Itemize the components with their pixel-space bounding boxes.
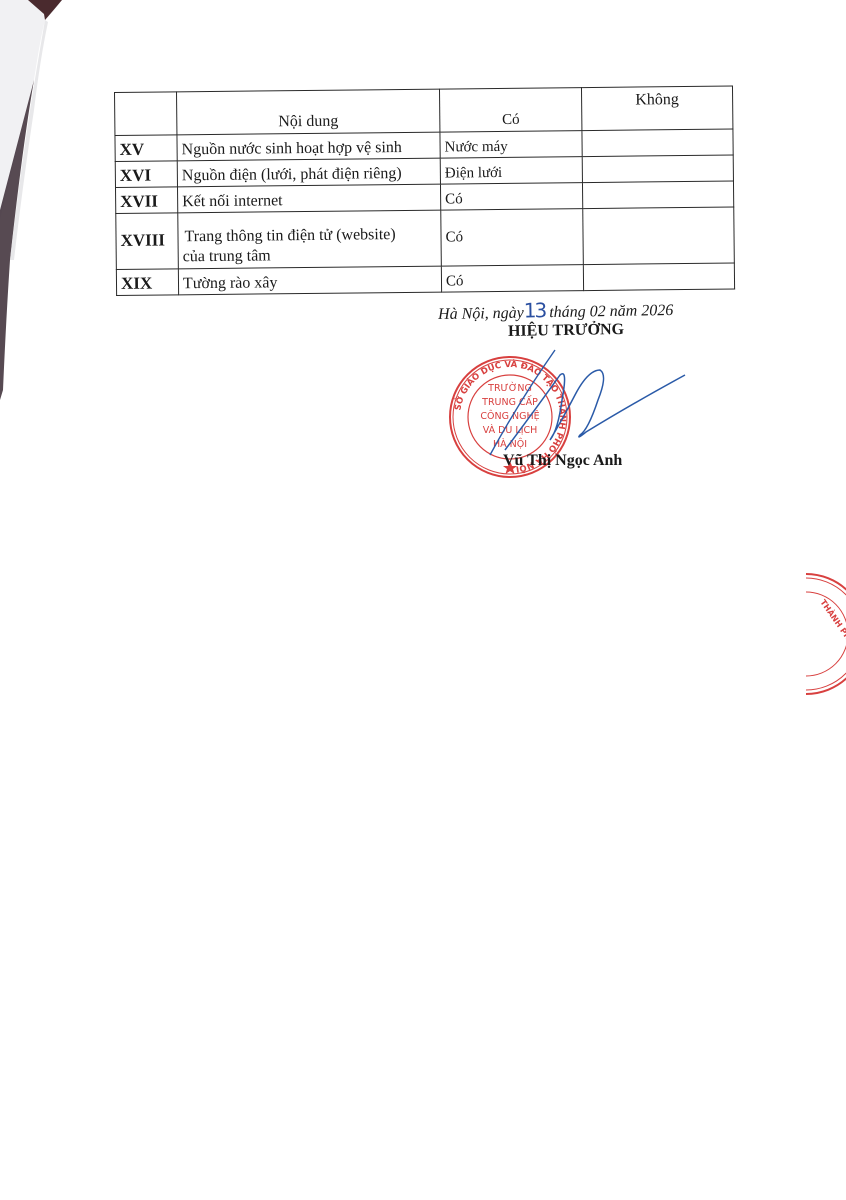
date-suffix: tháng 02 năm 2026 <box>549 302 673 321</box>
row-number: XIX <box>116 269 178 296</box>
row-content-line2: của trung tâm <box>183 245 437 268</box>
row-no <box>583 207 735 265</box>
date-line: Hà Nội, ngày13 tháng 02 năm 2026 <box>438 296 674 324</box>
header-number <box>115 92 177 136</box>
date-prefix: Hà Nội, ngày <box>438 305 524 323</box>
row-content: Nguồn điện (lưới, phát điện riêng) <box>177 158 440 187</box>
row-number: XVIII <box>116 213 179 270</box>
header-yes: Có <box>439 88 581 132</box>
table-row: XVIII Trang thông tin điện tử (website) … <box>116 207 735 269</box>
row-content: Tường rào xây <box>178 266 441 295</box>
row-content: Kết nối internet <box>177 184 440 213</box>
signer-name: Vũ Thị Ngọc Anh <box>503 452 622 470</box>
row-number: XVII <box>116 187 178 214</box>
row-yes: Có <box>440 183 582 210</box>
row-no <box>582 181 733 209</box>
row-no <box>582 155 733 183</box>
facilities-table: Nội dung Có Không XV Nguồn nước sinh hoạ… <box>114 86 735 296</box>
row-content: Trang thông tin điện tử (website) của tr… <box>178 210 442 269</box>
row-no <box>583 263 734 291</box>
signer-title: HIỆU TRƯỞNG <box>508 321 624 341</box>
svg-text:VÀ DU LỊCH: VÀ DU LỊCH <box>483 424 538 436</box>
row-no <box>582 129 733 157</box>
row-yes: Có <box>441 209 584 266</box>
svg-text:THÀNH PHỐ HÀ: THÀNH PHỐ HÀ <box>818 596 846 661</box>
scanner-edge-shadow <box>0 0 130 420</box>
header-no: Không <box>581 86 732 131</box>
svg-text:HÀ NỘI: HÀ NỘI <box>493 438 527 450</box>
table-header-row: Nội dung Có Không <box>115 86 733 135</box>
svg-text:CÔNG NGHỆ: CÔNG NGHỆ <box>480 410 539 422</box>
svg-text:TRƯỜNG: TRƯỜNG <box>487 382 532 394</box>
row-content: Nguồn nước sinh hoạt hợp vệ sinh <box>177 132 440 161</box>
row-yes: Nước máy <box>440 131 582 158</box>
header-content: Nội dung <box>177 89 440 135</box>
row-number: XV <box>115 135 177 162</box>
table-row: XIX Tường rào xây Có <box>116 263 734 295</box>
row-yes: Có <box>441 265 583 292</box>
row-yes: Điện lưới <box>440 157 582 184</box>
partial-stamp-icon: THÀNH PHỐ HÀ <box>806 572 846 696</box>
row-content-line1: Trang thông tin điện tử (website) <box>182 225 436 248</box>
svg-text:TRUNG CẤP: TRUNG CẤP <box>481 396 538 408</box>
handwritten-day: 13 <box>524 298 546 322</box>
row-number: XVI <box>115 161 177 188</box>
